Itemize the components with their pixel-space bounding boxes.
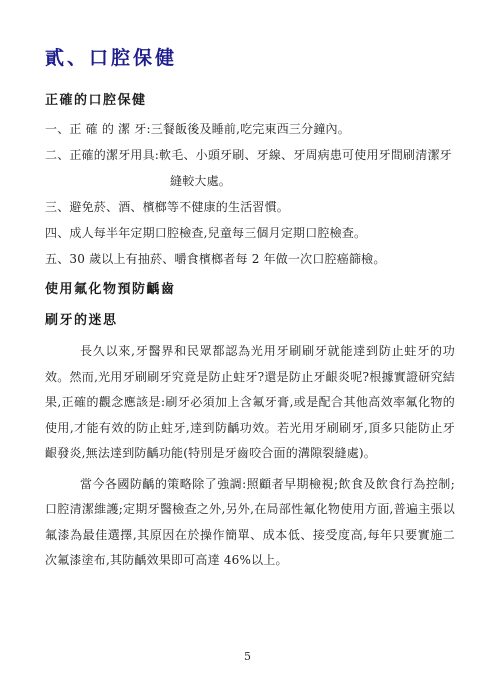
- document-page: 貳、口腔保健 正確的口腔保健 一、正 確 的 潔 牙:三餐飯後及睡前,吃完東西三…: [0, 0, 495, 700]
- list-item-3: 三、避免菸、酒、檳榔等不健康的生活習慣。: [45, 194, 455, 220]
- list-item-4: 四、成人每半年定期口腔檢查,兒童每三個月定期口腔檢查。: [45, 220, 455, 246]
- page-number: 5: [0, 650, 495, 663]
- page-title: 貳、口腔保健: [45, 45, 455, 71]
- list-item-1: 一、正 確 的 潔 牙:三餐飯後及睡前,吃完東西三分鐘內。: [45, 116, 455, 142]
- list-item-5: 五、30 歲以上有抽菸、嚼食檳榔者每 2 年做一次口腔癌篩檢。: [45, 246, 455, 272]
- section-heading-brushing-myth: 刷牙的迷思: [45, 313, 455, 329]
- paragraph-myth-1: 長久以來,牙醫界和民眾都認為光用牙刷刷牙就能達到防止蛀牙的功效。然而,光用牙刷刷…: [45, 339, 455, 467]
- paragraph-myth-2: 當今各國防齲的策略除了強調:照顧者早期檢視;飲食及飲食行為控制;口腔清潔維護;定…: [45, 472, 455, 574]
- section-heading-fluoride: 使用氟化物預防齲齒: [45, 282, 455, 298]
- list-item-2: 二、正確的潔牙用具:軟毛、小頭牙刷、牙線、牙周病患可使用牙間刷清潔牙縫較大處。: [45, 142, 455, 194]
- numbered-list: 一、正 確 的 潔 牙:三餐飯後及睡前,吃完東西三分鐘內。 二、正確的潔牙用具:…: [45, 116, 455, 272]
- section-heading-oral-care: 正確的口腔保健: [45, 93, 455, 109]
